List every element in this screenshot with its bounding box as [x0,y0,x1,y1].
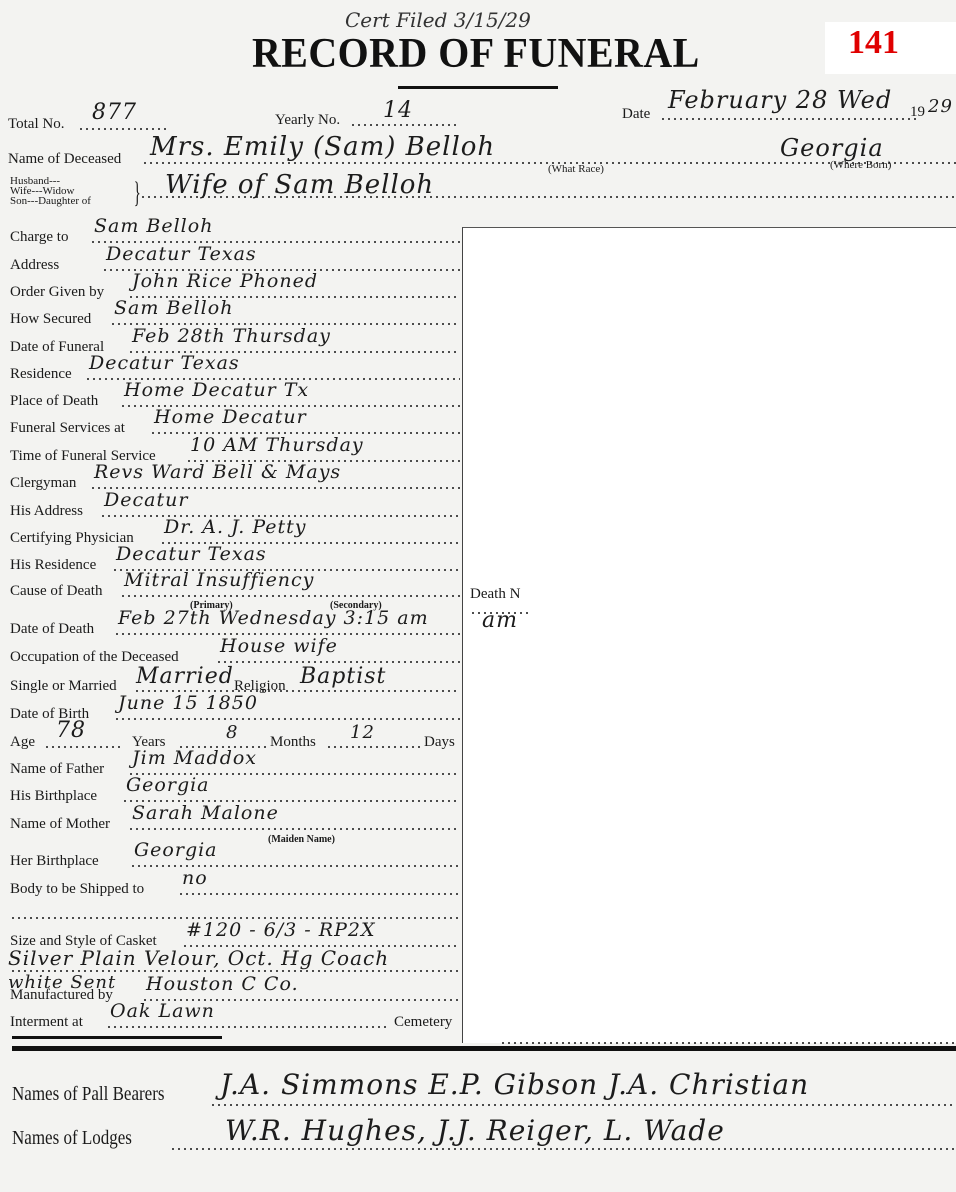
charge-to-value: Sam Belloh [94,215,213,237]
total-no-value: 877 [92,100,137,125]
casket-extra-value-2: white Sent [8,972,116,993]
section-rule [12,1046,956,1051]
secondary-sublabel: (Secondary) [330,600,382,611]
page-title: RECORD OF FUNERAL [252,30,700,78]
where-born-label: (Where Born) [830,160,891,171]
order-given-by-label: Order Given by [10,284,104,301]
religion-label: Religion [234,678,286,695]
age-label: Age [10,734,35,751]
religion-value: Baptist [300,664,386,689]
maiden-name-sublabel: (Maiden Name) [268,834,335,845]
name-of-father-label: Name of Father [10,761,104,778]
title-underline [398,86,558,89]
residence-value: Decatur Texas [89,352,240,374]
age-months-value: 8 [226,722,238,743]
his-residence-value: Decatur Texas [116,543,267,565]
charge-to-label: Charge to [10,229,68,246]
her-birthplace-label: Her Birthplace [10,853,99,870]
her-birthplace-line [130,865,460,867]
residence-label: Residence [10,366,72,383]
name-of-mother-label: Name of Mother [10,816,110,833]
where-born-value: Georgia [780,134,884,162]
marital-line [134,690,460,692]
date-of-death-label: Date of Death [10,621,94,638]
relation-brace: } [134,176,141,210]
address-label: Address [10,257,59,274]
place-of-death-label: Place of Death [10,393,98,410]
funeral-services-at-value: Home Decatur [154,406,307,428]
funeral-record-page: Cert Filed 3/15/29 RECORD OF FUNERAL 141… [0,0,956,1192]
his-birthplace-label: His Birthplace [10,788,97,805]
age-days-label: Days [424,734,455,751]
interment-at-suffix: Cemetery [394,1014,452,1031]
date-label: Date [622,106,650,123]
date-value: February 28 Wed [668,86,892,114]
his-address-label: His Address [10,503,83,520]
his-residence-label: His Residence [10,557,96,574]
casket-value: #120 - 6/3 - RP2X [186,919,375,941]
cause-of-death-label: Cause of Death [10,583,102,600]
how-secured-label: How Secured [10,311,91,328]
blank-redacted-panel [462,227,956,1043]
time-of-funeral-service-value: 10 AM Thursday [190,434,364,456]
his-address-value: Decatur [104,489,188,511]
yearly-no-value: 14 [383,98,413,123]
yearly-no-line [350,124,460,126]
lodges-value: W.R. Hughes, J.J. Reiger, L. Wade [225,1114,725,1147]
body-shipped-to-line [178,893,460,895]
body-shipped-to-value: no [182,867,208,889]
certifying-physician-value: Dr. A. J. Petty [164,516,307,538]
relation-value: Wife of Sam Belloh [165,170,434,200]
death-column-label: Death N [470,586,520,603]
clergyman-value: Revs Ward Bell & Mays [94,461,341,483]
date-of-funeral-value: Feb 28th Thursday [132,325,331,347]
date-of-birth-line [114,718,460,720]
total-no-line [78,128,170,130]
name-of-mother-line [128,828,460,830]
relation-label-line3: Son---Daughter of [10,196,91,207]
cause-of-death-line [120,595,460,597]
age-years-label: Years [132,734,165,751]
cause-of-death-value: Mitral Insuffiency [124,569,314,591]
how-secured-value: Sam Belloh [114,297,233,319]
interment-at-label: Interment at [10,1014,83,1031]
body-shipped-to-label: Body to be Shipped to [10,881,144,898]
name-of-deceased-label: Name of Deceased [8,151,121,168]
age-months-label: Months [270,734,316,751]
interment-at-value: Oak Lawn [110,1000,215,1022]
occupation-value: House wife [220,635,338,657]
pall-bearers-line [210,1104,956,1106]
date-year-prefix: 19 [910,104,925,121]
yearly-no-label: Yearly No. [275,112,340,129]
marital-value: Married [136,664,234,689]
cert-filed-annotation: Cert Filed 3/15/29 [345,8,531,32]
order-given-by-value: John Rice Phoned [132,270,318,292]
pall-bearers-label: Names of Pall Bearers [12,1083,164,1106]
age-days-value: 12 [350,722,375,743]
name-of-deceased-value: Mrs. Emily (Sam) Belloh [150,132,495,162]
casket-extra-value-1: Silver Plain Velour, Oct. Hg Coach [8,946,389,970]
occupation-line [216,661,460,663]
place-of-death-value: Home Decatur Tx [124,379,309,401]
age-years-value: 78 [56,718,86,743]
death-column-value: am [482,608,518,633]
lodges-line [170,1148,956,1150]
address-value: Decatur Texas [106,243,257,265]
blank-line [10,917,460,919]
page-number: 141 [848,24,899,62]
his-birthplace-value: Georgia [126,774,210,796]
age-days-line [326,746,424,748]
name-of-mother-value: Sarah Malone [132,802,279,824]
section-rule-short [12,1036,222,1039]
interment-at-line [106,1026,390,1028]
date-of-birth-value: June 15 1850 [118,692,258,714]
lodges-label: Names of Lodges [12,1127,132,1150]
age-months-line [178,746,268,748]
date-of-death-value: Feb 27th Wednesday 3:15 am [118,607,429,629]
funeral-services-at-label: Funeral Services at [10,420,125,437]
manufactured-by-value: Houston C Co. [146,973,299,995]
primary-sublabel: (Primary) [190,600,233,611]
pall-bearers-value: J.A. Simmons E.P. Gibson J.A. Christian [220,1068,809,1101]
age-years-line [44,746,124,748]
marital-label: Single or Married [10,678,117,695]
date-line [660,118,920,120]
date-year-value: 29 [928,96,953,117]
her-birthplace-value: Georgia [134,839,218,861]
what-race-label: (What Race) [548,164,604,175]
section-dotted-rule [500,1042,956,1044]
clergyman-label: Clergyman [10,475,76,492]
total-no-label: Total No. [8,116,64,133]
